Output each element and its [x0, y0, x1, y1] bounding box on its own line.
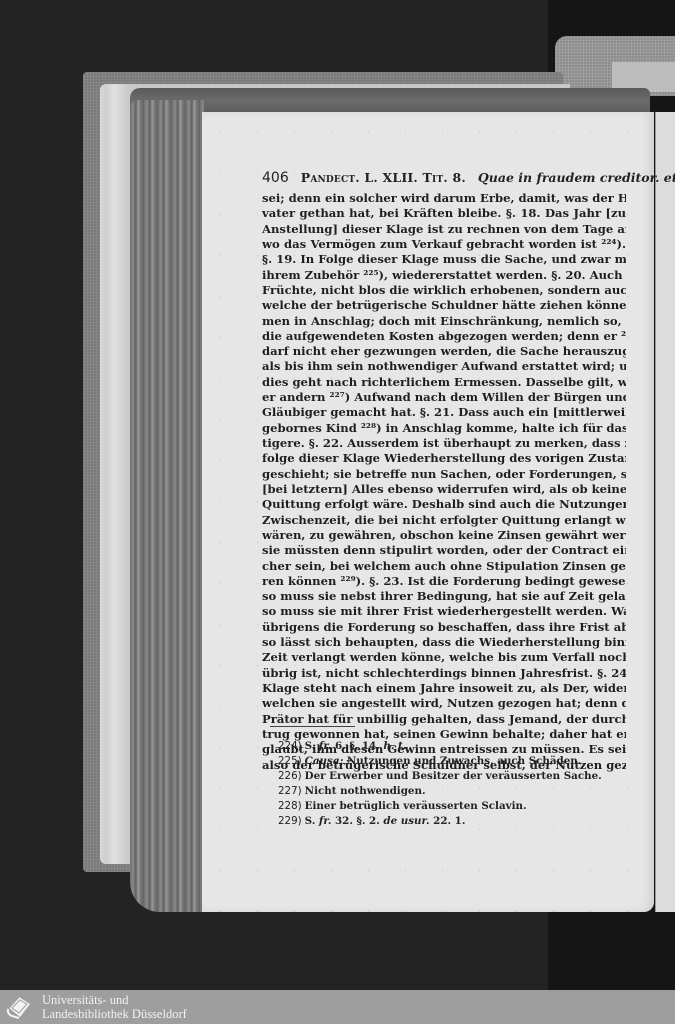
footnote-text: Nutzungen und Zuwachs, auch Schäden.: [343, 755, 581, 767]
text-line: sie müssten denn stipulirt worden, oder …: [262, 543, 626, 558]
text-line: Früchte, nicht blos die wirklich erhoben…: [262, 283, 626, 298]
footnote-text: Einer betrüglich veräusserten Sclavin.: [305, 800, 527, 812]
footnote-italic: de usur.: [383, 815, 429, 827]
footnote-rule: [270, 726, 355, 727]
footnote-text: 32. §. 2.: [331, 815, 383, 827]
text-line: übrigens die Forderung so beschaffen, da…: [262, 620, 626, 635]
text-line: wo das Vermögen zum Verkauf gebracht wor…: [262, 237, 626, 252]
footnote-text: S.: [305, 740, 319, 752]
footnote-text: Nicht nothwendigen.: [305, 785, 426, 797]
facing-page-edge: [655, 112, 675, 912]
body-text: sei; denn ein solcher wird darum Erbe, d…: [262, 191, 626, 773]
text-line: übrig ist, nicht schlechterdings binnen …: [262, 666, 626, 681]
text-line: er andern ²²⁷) Aufwand nach dem Willen d…: [262, 390, 626, 405]
text-line: wären, zu gewähren, obschon keine Zinsen…: [262, 528, 626, 543]
running-title: Quae in fraudem creditor. etc.: [478, 170, 675, 185]
text-line: als bis ihm sein nothwendiger Aufwand er…: [262, 359, 626, 374]
page-number: 406: [262, 170, 289, 186]
footnote: 224)S. fr. 6. §. 14. h. t.: [278, 739, 618, 754]
text-line: folge dieser Klage Wiederherstellung des…: [262, 451, 626, 466]
text-line: men in Anschlag; doch mit Einschränkung,…: [262, 314, 626, 329]
footnote: 228)Einer betrüglich veräusserten Sclavi…: [278, 799, 618, 814]
footnote: 229)S. fr. 32. §. 2. de usur. 22. 1.: [278, 814, 618, 829]
footnote-italic: fr.: [319, 815, 332, 827]
footnote-number: 225): [278, 755, 302, 767]
footnote: 226)Der Erwerber und Besitzer der veräus…: [278, 769, 618, 784]
footnote-number: 229): [278, 815, 302, 827]
text-line: tigere. §. 22. Ausserdem ist überhaupt z…: [262, 436, 626, 451]
footnotes: 224)S. fr. 6. §. 14. h. t.225)Causa; Nut…: [278, 739, 618, 829]
page-header: 406 Pandect. L. XLII. Tit. 8. Quae in fr…: [262, 170, 612, 190]
footnote-number: 226): [278, 770, 302, 782]
text-line: so lässt sich behaupten, dass die Wieder…: [262, 635, 626, 650]
footnote-text: S.: [305, 815, 319, 827]
text-line: cher sein, bei welchem auch ohne Stipula…: [262, 559, 626, 574]
text-line: sei; denn ein solcher wird darum Erbe, d…: [262, 191, 626, 206]
footnote: 225)Causa; Nutzungen und Zuwachs, auch S…: [278, 754, 618, 769]
text-line: so muss sie mit ihrer Frist wiederherges…: [262, 604, 626, 619]
text-line: gebornes Kind ²²⁸) in Anschlag komme, ha…: [262, 421, 626, 436]
text-line: Gläubiger gemacht hat. §. 21. Dass auch …: [262, 405, 626, 420]
footnote: 227)Nicht nothwendigen.: [278, 784, 618, 799]
footer-line-1: Universitäts- und: [42, 993, 187, 1007]
text-line: die aufgewendeten Kosten abgezogen werde…: [262, 329, 626, 344]
text-line: Klage steht nach einem Jahre insoweit zu…: [262, 681, 626, 696]
text-line: Quittung erfolgt wäre. Deshalb sind auch…: [262, 497, 626, 512]
text-line: ren können ²²⁹). §. 23. Ist die Forderun…: [262, 574, 626, 589]
footnote-text: 22. 1.: [430, 815, 466, 827]
footer-library-name: Universitäts- und Landesbibliothek Düsse…: [42, 993, 187, 1021]
text-line: §. 19. In Folge dieser Klage muss die Sa…: [262, 252, 626, 267]
text-line: welche der betrügerische Schuldner hätte…: [262, 298, 626, 313]
text-line: geschieht; sie betreffe nun Sachen, oder…: [262, 467, 626, 482]
footnote-number: 228): [278, 800, 302, 812]
footnote-text: Der Erwerber und Besitzer der veräussert…: [305, 770, 602, 782]
text-line: Zwischenzeit, die bei nicht erfolgter Qu…: [262, 513, 626, 528]
text-line: [bei letztern] Alles ebenso widerrufen w…: [262, 482, 626, 497]
footnote-italic: Causa;: [305, 755, 344, 767]
ulb-book-logo-icon: [5, 994, 33, 1020]
text-line: Anstellung] dieser Klage ist zu rechnen …: [262, 222, 626, 237]
text-line: welchen sie angestellt wird, Nutzen gezo…: [262, 696, 626, 711]
text-line: Zeit verlangt werden könne, welche bis z…: [262, 650, 626, 665]
footer-line-2: Landesbibliothek Düsseldorf: [42, 1007, 187, 1021]
footnote-number: 224): [278, 740, 302, 752]
text-line: Prätor hat für unbillig gehalten, dass J…: [262, 712, 626, 727]
text-line: so muss sie nebst ihrer Bedingung, hat s…: [262, 589, 626, 604]
footnote-italic: h. t.: [383, 740, 406, 752]
running-head: Pandect. L. XLII. Tit. 8.: [301, 170, 466, 185]
footnote-italic: fr.: [319, 740, 332, 752]
text-line: vater gethan hat, bei Kräften bleibe. §.…: [262, 206, 626, 221]
footnote-text: 6. §. 14.: [331, 740, 383, 752]
footnote-number: 227): [278, 785, 302, 797]
text-line: darf nicht eher gezwungen werden, die Sa…: [262, 344, 626, 359]
text-line: dies geht nach richterlichem Ermessen. D…: [262, 375, 626, 390]
page-block-fore-edge: [130, 100, 204, 912]
text-line: ihrem Zubehör ²²⁵), wiedererstattet werd…: [262, 268, 626, 283]
